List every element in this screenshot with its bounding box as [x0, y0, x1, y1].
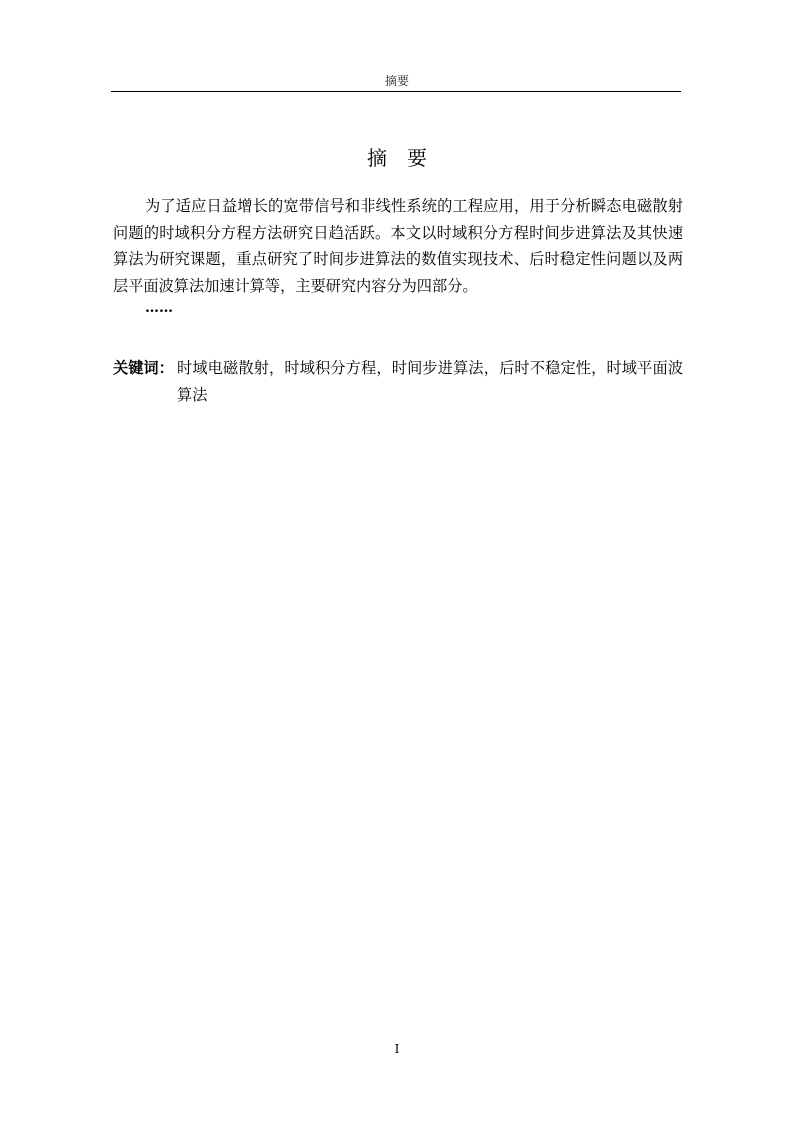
abstract-paragraph: 为了适应日益增长的宽带信号和非线性系统的工程应用，用于分析瞬态电磁散射问题的时域…	[113, 193, 683, 299]
abstract-ellipsis: ……	[145, 300, 173, 316]
page-number: I	[0, 1042, 794, 1056]
page-title: 摘要	[113, 142, 681, 171]
keywords-label: 关键词：	[113, 355, 174, 382]
running-header: 摘要	[113, 72, 681, 89]
header-rule	[111, 91, 681, 92]
keywords-section: 关键词： 时域电磁散射，时域积分方程，时间步进算法，后时不稳定性，时域平面波算法	[113, 355, 683, 408]
keywords-text: 时域电磁散射，时域积分方程，时间步进算法，后时不稳定性，时域平面波算法	[177, 355, 683, 408]
